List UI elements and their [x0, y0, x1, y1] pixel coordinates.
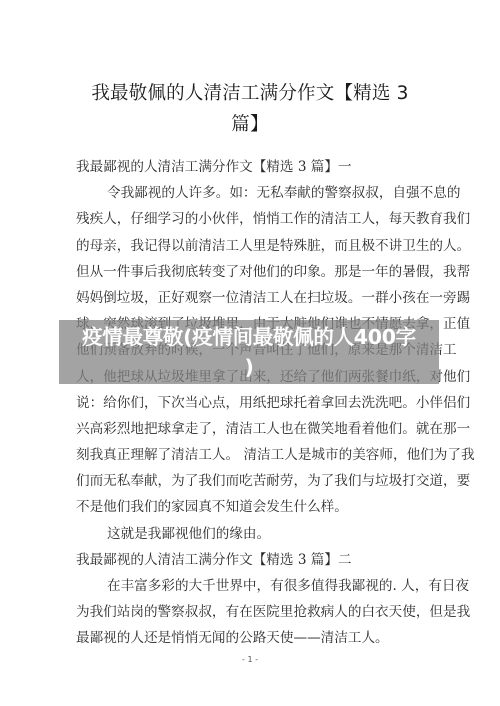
overlay-title: 疫情最尊敬(疫情间最敬佩的人400字 ): [59, 322, 439, 382]
body-line: 兴高彩烈地把球拿走了，清洁工人也在微笑地看着他们。就在那一: [76, 416, 426, 442]
body-line: 但从一件事后我彻底转变了对他们的印象。那是一年的暑假，我帮: [76, 259, 426, 285]
overlay-title-line-2: ): [59, 352, 439, 382]
body-line: 们而无私奉献，为了我们而吃苦耐劳，为了我们与垃圾打交道，要: [76, 468, 426, 494]
page-number: - 1 -: [0, 655, 500, 664]
body-line: 的母亲，我记得以前清洁工人里是特殊脏，而且极不讲卫生的人。: [76, 233, 426, 259]
section-heading-1: 我最鄙视的人清洁工满分作文【精选 3 篇】一: [76, 154, 426, 180]
body-line: 残疾人，仔细学习的小伙伴，悄悄工作的清洁工人，每天教育我们: [76, 206, 426, 232]
document-title: 我最敬佩的人清洁工满分作文【精选 3 篇】: [76, 78, 424, 140]
body-line: 这就是我鄙视他们的缘由。: [76, 521, 426, 547]
document-body: 我最鄙视的人清洁工满分作文【精选 3 篇】一 令我鄙视的人许多。如：无私奉献的警…: [76, 154, 426, 652]
section-heading-2: 我最鄙视的人清洁工满分作文【精选 3 篇】二: [76, 547, 426, 573]
body-line: 妈妈倒垃圾，正好观察一位清洁工人在扫垃圾。一群小孩在一旁踢: [76, 285, 426, 311]
body-line: 刻我真正理解了清洁工人。 清洁工人是城市的美容师，他们为了我: [76, 442, 426, 468]
body-line: 在丰富多彩的大千世界中，有很多值得我鄙视的. 人，有日夜: [76, 573, 426, 599]
body-line: 最鄙视的人还是悄悄无闻的公路天使——清洁工人。: [76, 625, 426, 651]
body-line: 令我鄙视的人许多。如：无私奉献的警察叔叔，自强不息的: [76, 180, 426, 206]
body-line: 为我们站岗的警察叔叔，有在医院里抢救病人的白衣天使，但是我: [76, 599, 426, 625]
overlay-title-line-1: 疫情最尊敬(疫情间最敬佩的人400字: [59, 322, 439, 352]
document-title-line-1: 我最敬佩的人清洁工满分作文【精选 3: [76, 78, 424, 109]
body-line: 说：给你们，下次当心点，用纸把球托着拿回去洗洗吧。小伴侣们: [76, 390, 426, 416]
body-line: 不是他们我们的家园真不知道会发生什么样。: [76, 494, 426, 520]
document-title-line-2: 篇】: [76, 109, 424, 140]
